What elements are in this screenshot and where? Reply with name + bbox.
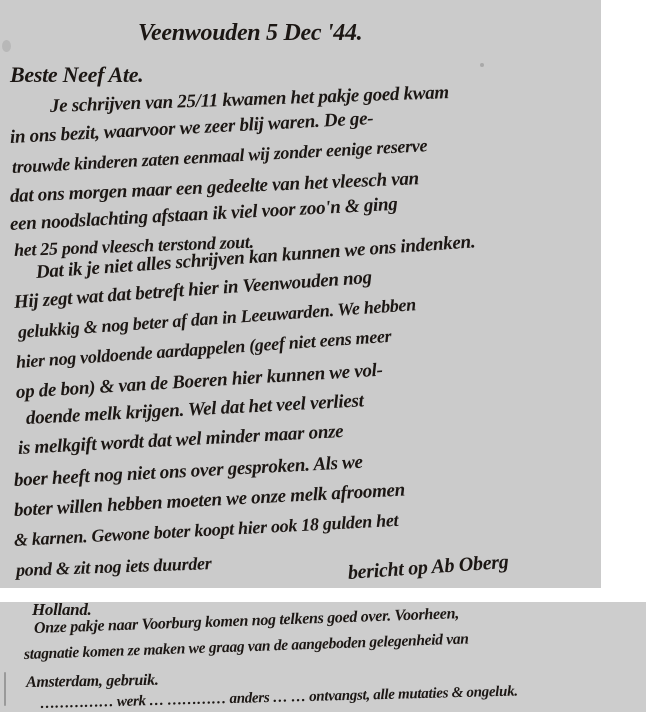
letter-page-bottom: Holland. Onze pakje naar Voorburg komen … <box>0 602 646 712</box>
letter-page-top: Veenwouden 5 Dec '44. Beste Neef Ate. Je… <box>0 0 601 588</box>
letter-line: pond & zit nog iets duurder <box>16 553 212 581</box>
letter-line: Amsterdam, gebruik. <box>26 672 159 692</box>
paper-edge-mark <box>4 672 6 706</box>
letter-line-cut: bericht op Ab Oberg <box>347 551 509 585</box>
letter-date: Veenwouden 5 Dec '44. <box>138 20 362 47</box>
paper-stain <box>2 40 11 52</box>
paper-speck <box>480 63 484 67</box>
letter-salutation: Beste Neef Ate. <box>10 62 143 88</box>
